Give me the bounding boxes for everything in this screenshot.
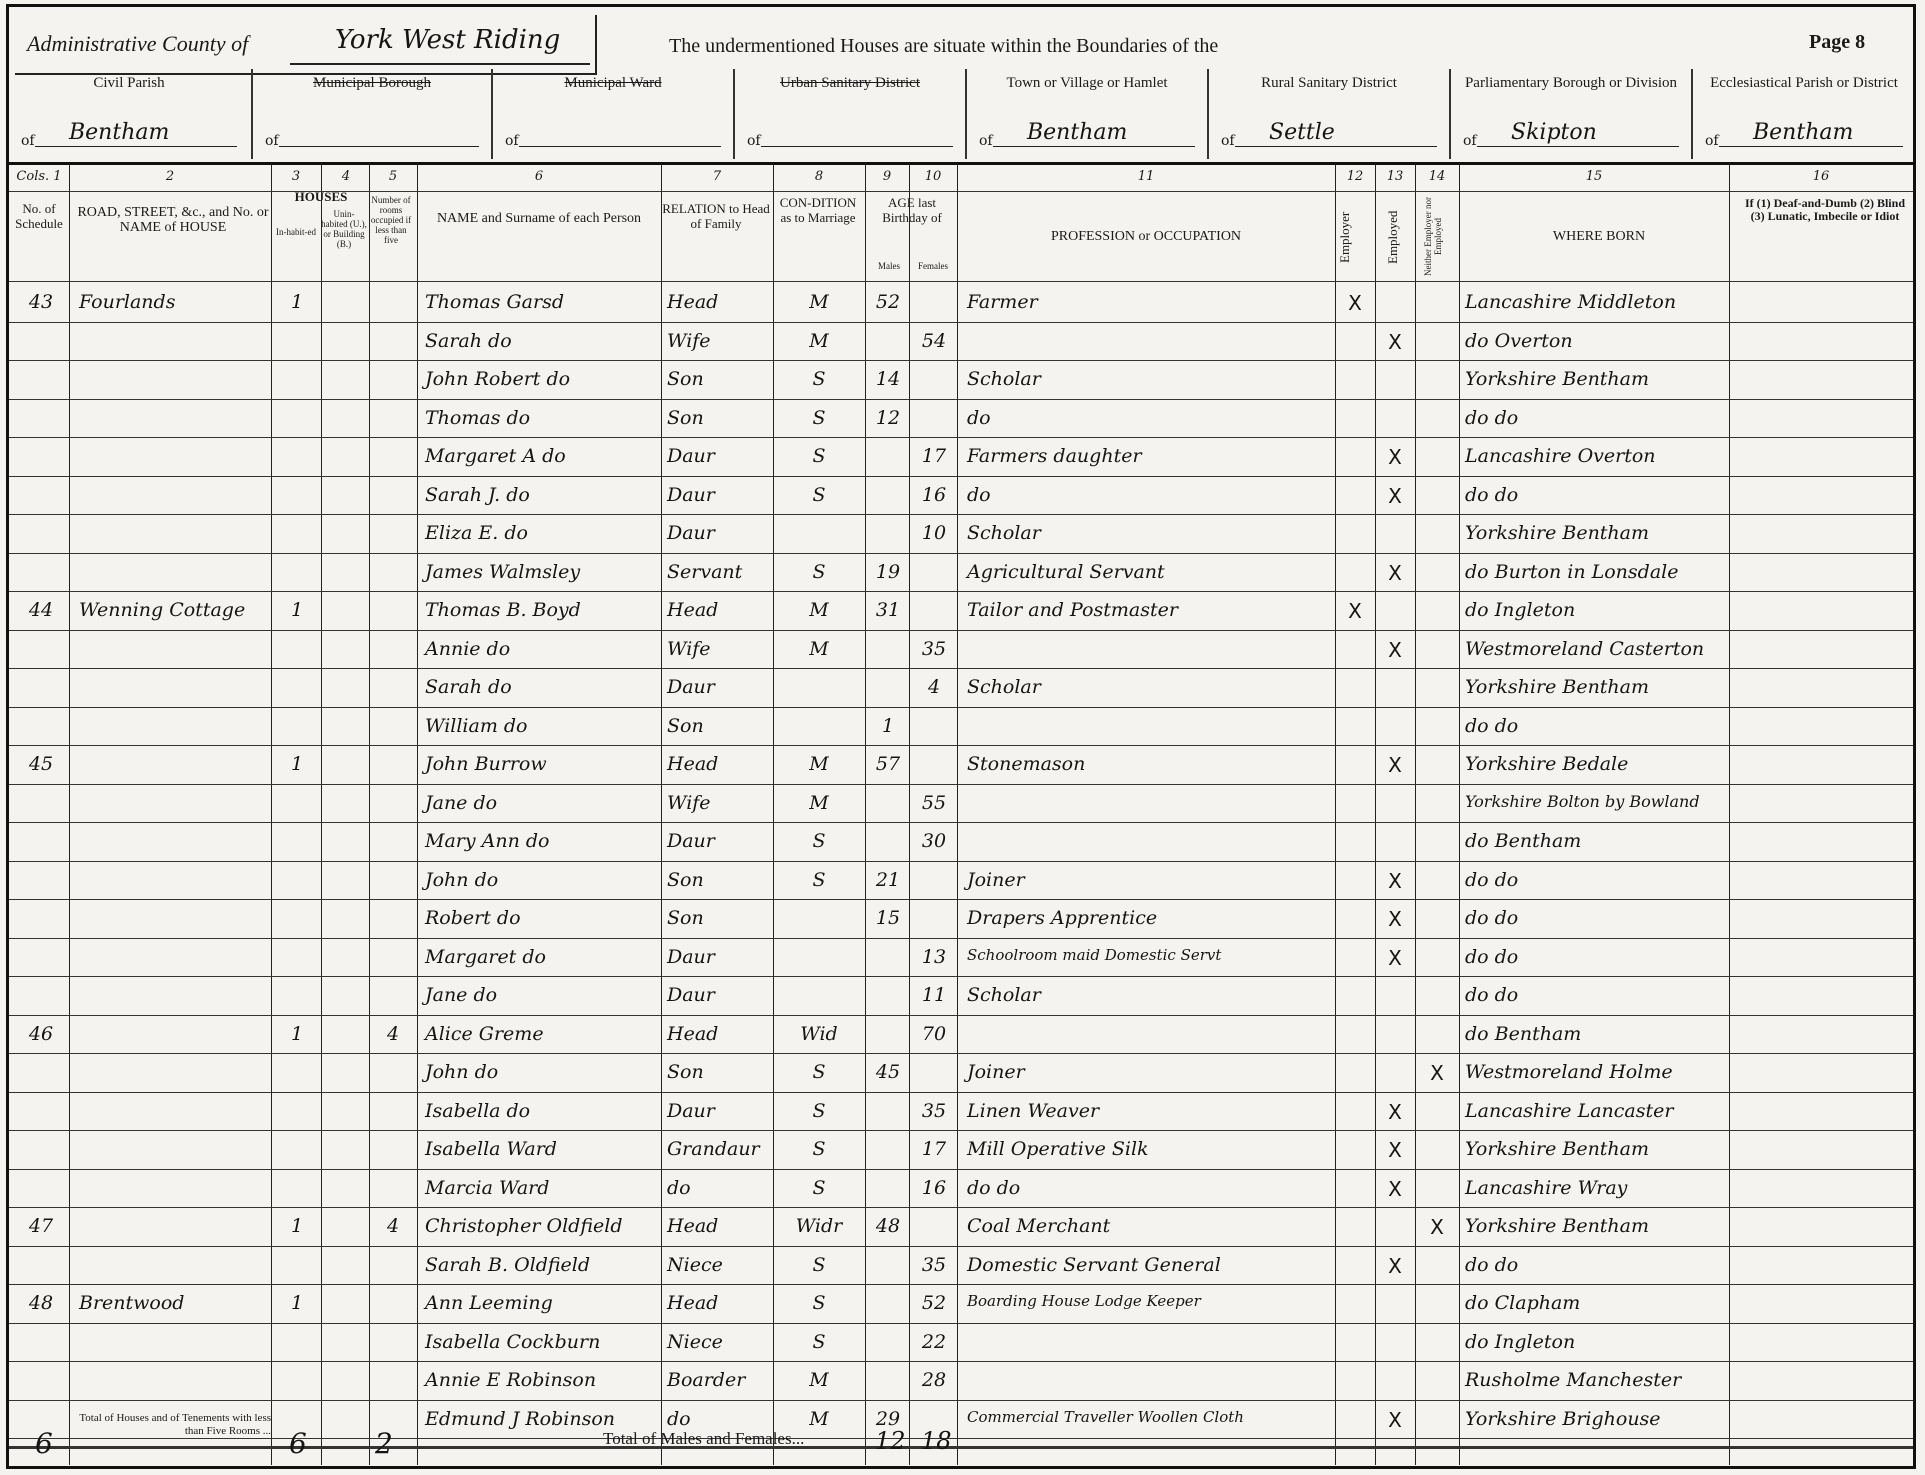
cell-born: do do (1465, 715, 1727, 737)
cell-cond: S (779, 1061, 859, 1083)
district-of: of (21, 133, 35, 149)
fill-line (279, 146, 479, 147)
cell-cond: S (779, 1292, 859, 1314)
cell-occ: Linen Weaver (967, 1100, 1333, 1122)
totals-schedules: 6 (35, 1427, 53, 1460)
cell-female: 4 (913, 676, 955, 698)
cell-cond: S (779, 1254, 859, 1276)
column-number: 8 (775, 169, 863, 184)
cell-female: 70 (913, 1023, 955, 1045)
page-number: Page 8 (1809, 31, 1865, 54)
row-rule (9, 1015, 1913, 1016)
cell-occ: Schoolroom maid Domestic Servt (967, 946, 1333, 964)
cell-born: Lancashire Wray (1465, 1177, 1727, 1199)
district-rural-sanitary: Rural Sanitary District of Settle (1207, 69, 1449, 159)
cell-rel: Son (667, 907, 771, 929)
cell-occ: Coal Merchant (967, 1215, 1333, 1237)
cell-rel: Head (667, 1215, 771, 1237)
cell-cond: M (779, 1408, 859, 1430)
cell-cond: M (779, 330, 859, 352)
fill-line (761, 146, 953, 147)
cell-cond: M (779, 753, 859, 775)
cell-house: Brentwood (79, 1292, 269, 1314)
district-ecclesiastical: Ecclesiastical Parish or District of Ben… (1691, 69, 1915, 159)
cell-occ: Scholar (967, 368, 1333, 390)
row-rule (9, 976, 1913, 977)
cell-name: Sarah B. Oldfield (425, 1254, 661, 1276)
cell-cond: S (779, 368, 859, 390)
row-rule (9, 1284, 1913, 1285)
cell-rooms: 4 (373, 1215, 413, 1237)
cell-rel: Daur (667, 522, 771, 544)
cell-name: James Walmsley (425, 561, 661, 583)
cell-name: Annie E Robinson (425, 1369, 661, 1391)
cell-male: 21 (869, 869, 907, 891)
column-number: Cols. 1 (11, 169, 67, 184)
col-females-header: Females (911, 261, 955, 271)
cell-sched: 43 (15, 291, 67, 313)
cell-male: 19 (869, 561, 907, 583)
cell-rel: Boarder (667, 1369, 771, 1391)
cell-occ: Drapers Apprentice (967, 907, 1333, 929)
col-occupation-header: PROFESSION or OCCUPATION (961, 229, 1331, 244)
cell-rel: Wife (667, 792, 771, 814)
cell-male: 31 (869, 599, 907, 621)
cell-born: Yorkshire Bentham (1465, 1215, 1727, 1237)
cell-house: Fourlands (79, 291, 269, 313)
cell-female: 54 (913, 330, 955, 352)
row-rule (9, 1246, 1913, 1247)
column-number: 3 (273, 169, 319, 184)
cell-occ: Joiner (967, 1061, 1333, 1083)
row-rule (9, 938, 1913, 939)
cell-employed: X (1377, 869, 1413, 893)
cell-cond: M (779, 638, 859, 660)
row-rule (9, 1323, 1913, 1324)
totals-mf-label: Total of Males and Females... (603, 1429, 804, 1449)
cell-sched: 46 (15, 1023, 67, 1045)
cell-rel: Daur (667, 984, 771, 1006)
row-rule (9, 1169, 1913, 1170)
cell-name: Sarah J. do (425, 484, 661, 506)
fill-line (1477, 146, 1679, 147)
cell-inhab: 1 (277, 1215, 317, 1237)
cell-rel: Head (667, 599, 771, 621)
cell-name: Thomas B. Boyd (425, 599, 661, 621)
cell-rel: Head (667, 1023, 771, 1045)
col-males-header: Males (869, 261, 909, 271)
cell-sched: 47 (15, 1215, 67, 1237)
district-label: Parliamentary Borough or Division (1451, 75, 1691, 92)
column-number: 6 (419, 169, 659, 184)
cell-occ: do (967, 484, 1333, 506)
row-rule (9, 1053, 1913, 1054)
cell-occ: Agricultural Servant (967, 561, 1333, 583)
district-label: Urban Sanitary District (735, 75, 965, 92)
district-of: of (265, 133, 279, 149)
cell-rel: Head (667, 291, 771, 313)
cell-name: Isabella Ward (425, 1138, 661, 1160)
cell-cond: S (779, 561, 859, 583)
cell-born: do Overton (1465, 330, 1727, 352)
cell-born: do Ingleton (1465, 599, 1727, 621)
cell-name: Marcia Ward (425, 1177, 661, 1199)
cell-rooms: 4 (373, 1023, 413, 1045)
col-uninhabited-header: Unin-habited (U.), or Building (B.) (321, 209, 367, 249)
cell-female: 16 (913, 1177, 955, 1199)
cell-born: Westmoreland Casterton (1465, 638, 1727, 660)
cell-sched: 48 (15, 1292, 67, 1314)
row-rule (9, 514, 1913, 515)
cell-male: 12 (869, 407, 907, 429)
row-rule (9, 784, 1913, 785)
cell-female: 35 (913, 638, 955, 660)
cell-rel: Servant (667, 561, 771, 583)
fill-line (519, 146, 721, 147)
cell-born: do Bentham (1465, 1023, 1727, 1045)
cell-name: William do (425, 715, 661, 737)
cell-born: Yorkshire Bentham (1465, 522, 1727, 544)
cell-born: do do (1465, 907, 1727, 929)
cell-occ: Farmers daughter (967, 445, 1333, 467)
district-label: Ecclesiastical Parish or District (1693, 75, 1915, 92)
cell-name: John do (425, 1061, 661, 1083)
fill-line (993, 146, 1195, 147)
column-number: 15 (1461, 169, 1727, 184)
column-number: 14 (1417, 169, 1457, 184)
row-rule (9, 1130, 1913, 1131)
cell-inhab: 1 (277, 291, 317, 313)
cell-employed: X (1377, 946, 1413, 970)
cell-name: Isabella do (425, 1100, 661, 1122)
cell-born: Lancashire Middleton (1465, 291, 1727, 313)
cell-sched: 44 (15, 599, 67, 621)
cell-born: do do (1465, 946, 1727, 968)
cell-employed: X (1377, 1408, 1413, 1432)
district-municipal-borough: Municipal Borough of (251, 69, 491, 159)
cell-rel: Son (667, 869, 771, 891)
cell-male: 14 (869, 368, 907, 390)
fill-line (35, 146, 237, 147)
cell-male: 52 (869, 291, 907, 313)
row-rule (9, 399, 1913, 400)
col-name-header: NAME and Surname of each Person (419, 211, 659, 226)
district-label: Town or Village or Hamlet (967, 75, 1207, 92)
cell-male: 1 (869, 715, 907, 737)
cell-born: Yorkshire Brighouse (1465, 1408, 1727, 1430)
cell-female: 17 (913, 445, 955, 467)
county-box: Administrative County of York West Ridin… (15, 15, 597, 75)
row-rule (9, 1207, 1913, 1208)
cell-employed: X (1377, 1100, 1413, 1124)
cell-neither: X (1417, 1215, 1457, 1239)
district-value: Settle (1269, 120, 1335, 145)
column-number: 10 (911, 169, 955, 184)
totals-rooms: 2 (375, 1427, 393, 1460)
district-of: of (1705, 133, 1719, 149)
cell-house: Wenning Cottage (79, 599, 269, 621)
cell-male: 48 (869, 1215, 907, 1237)
county-line (290, 63, 590, 65)
cell-born: Yorkshire Bentham (1465, 368, 1727, 390)
row-rule (9, 668, 1913, 669)
district-value: Bentham (69, 120, 169, 145)
cell-cond: S (779, 830, 859, 852)
column-number: 16 (1731, 169, 1911, 184)
cell-born: Yorkshire Bentham (1465, 1138, 1727, 1160)
cell-cond: M (779, 291, 859, 313)
cell-male: 45 (869, 1061, 907, 1083)
cell-cond: S (779, 445, 859, 467)
cell-employed: X (1377, 330, 1413, 354)
cell-cond: Wid (779, 1023, 859, 1045)
cell-female: 17 (913, 1138, 955, 1160)
cell-born: do Burton in Lonsdale (1465, 561, 1727, 583)
cell-name: Ann Leeming (425, 1292, 661, 1314)
cell-born: do Bentham (1465, 830, 1727, 852)
cell-female: 28 (913, 1369, 955, 1391)
cell-born: do Ingleton (1465, 1331, 1727, 1353)
cell-cond: S (779, 1100, 859, 1122)
cell-cond: M (779, 792, 859, 814)
cell-occ: Scholar (967, 522, 1333, 544)
cell-occ: Commercial Traveller Woollen Cloth (967, 1408, 1333, 1426)
cell-name: Edmund J Robinson (425, 1408, 661, 1430)
cell-occ: Joiner (967, 869, 1333, 891)
cell-employed: X (1377, 561, 1413, 585)
cell-rel: Daur (667, 484, 771, 506)
cell-rel: do (667, 1177, 771, 1199)
cell-male: 57 (869, 753, 907, 775)
header-rule (9, 281, 1913, 282)
cell-cond: S (779, 1138, 859, 1160)
cell-born: Westmoreland Holme (1465, 1061, 1727, 1083)
col-inhabited-header: In-habit-ed (273, 227, 319, 237)
col-employer-header: Employer (1337, 197, 1357, 277)
row-rule (9, 745, 1913, 746)
col-rooms-header: Number of rooms occupied if less than fi… (369, 195, 413, 245)
cell-employed: X (1377, 1177, 1413, 1201)
cell-rel: Head (667, 753, 771, 775)
cell-female: 55 (913, 792, 955, 814)
cell-cond: M (779, 1369, 859, 1391)
header-rule (9, 191, 1913, 192)
cell-rel: Wife (667, 330, 771, 352)
cell-name: Robert do (425, 907, 661, 929)
row-rule (9, 322, 1913, 323)
cell-rel: Son (667, 715, 771, 737)
cell-born: do Clapham (1465, 1292, 1727, 1314)
cell-inhab: 1 (277, 753, 317, 775)
cell-occ: Stonemason (967, 753, 1333, 775)
cell-male: 15 (869, 907, 907, 929)
row-rule (9, 899, 1913, 900)
cell-rel: Daur (667, 1100, 771, 1122)
col-road-header: ROAD, STREET, &c., and No. or NAME of HO… (73, 205, 273, 235)
census-table: No. of Schedule ROAD, STREET, &c., and N… (9, 165, 1913, 1465)
census-page: Administrative County of York West Ridin… (6, 4, 1916, 1469)
cell-female: 13 (913, 946, 955, 968)
cell-rel: Wife (667, 638, 771, 660)
cell-name: Mary Ann do (425, 830, 661, 852)
cell-cond: S (779, 1177, 859, 1199)
cell-rel: Daur (667, 946, 771, 968)
row-rule (9, 707, 1913, 708)
column-number: 2 (71, 169, 269, 184)
cell-born: do do (1465, 984, 1727, 1006)
cell-occ: Scholar (967, 676, 1333, 698)
cell-cond: Widr (779, 1215, 859, 1237)
cell-sched: 45 (15, 753, 67, 775)
district-civil-parish: Civil Parish of Bentham (9, 69, 249, 159)
cell-cond: S (779, 484, 859, 506)
cell-female: 30 (913, 830, 955, 852)
cell-name: Eliza E. do (425, 522, 661, 544)
cell-name: John Robert do (425, 368, 661, 390)
cell-occ: Farmer (967, 291, 1333, 313)
cell-rel: Daur (667, 676, 771, 698)
cell-occ: Scholar (967, 984, 1333, 1006)
totals-inhabited: 6 (289, 1427, 307, 1460)
column-number: 7 (663, 169, 771, 184)
cell-name: Sarah do (425, 330, 661, 352)
cell-employed: X (1377, 484, 1413, 508)
col-schedule-header: No. of Schedule (11, 201, 67, 231)
cell-cond: M (779, 599, 859, 621)
cell-name: Sarah do (425, 676, 661, 698)
cell-name: John do (425, 869, 661, 891)
district-parliamentary: Parliamentary Borough or Division of Ski… (1449, 69, 1691, 159)
row-rule (9, 1361, 1913, 1362)
district-label: Rural Sanitary District (1209, 75, 1449, 92)
cell-female: 35 (913, 1254, 955, 1276)
district-municipal-ward: Municipal Ward of (491, 69, 733, 159)
cell-rel: Daur (667, 830, 771, 852)
cell-rel: Daur (667, 445, 771, 467)
cell-born: Yorkshire Bentham (1465, 676, 1727, 698)
fill-line (1719, 146, 1903, 147)
cell-born: Rusholme Manchester (1465, 1369, 1727, 1391)
totals-males: 12 (875, 1427, 906, 1455)
row-rule (9, 437, 1913, 438)
district-of: of (1221, 133, 1235, 149)
column-number: 5 (371, 169, 415, 184)
col-age-header: AGE last Birthday of (867, 195, 957, 225)
cell-name: Jane do (425, 984, 661, 1006)
district-value: Bentham (1753, 120, 1853, 145)
cell-name: Annie do (425, 638, 661, 660)
cell-female: 35 (913, 1100, 955, 1122)
column-number: 9 (867, 169, 907, 184)
column-number: 11 (959, 169, 1333, 184)
row-rule (9, 822, 1913, 823)
column-number: 4 (323, 169, 369, 184)
cell-rel: Son (667, 407, 771, 429)
col-relation-header: RELATION to Head of Family (661, 201, 771, 231)
cell-female: 52 (913, 1292, 955, 1314)
cell-born: do do (1465, 869, 1727, 891)
cell-cond: S (779, 1331, 859, 1353)
county-value: York West Riding (335, 25, 560, 55)
cell-rel: Son (667, 1061, 771, 1083)
cell-born: Yorkshire Bedale (1465, 753, 1727, 775)
district-of: of (1463, 133, 1477, 149)
district-value: Bentham (1027, 120, 1127, 145)
cell-rel: do (667, 1408, 771, 1430)
cell-name: Thomas Garsd (425, 291, 661, 313)
district-label: Civil Parish (9, 75, 249, 92)
cell-employed: X (1377, 1138, 1413, 1162)
district-of: of (747, 133, 761, 149)
totals-houses-label: Total of Houses and of Tenements with le… (75, 1412, 271, 1438)
row-rule (9, 861, 1913, 862)
totals-females: 18 (921, 1427, 952, 1455)
cell-rel: Grandaur (667, 1138, 771, 1160)
col-infirmity-header: If (1) Deaf-and-Dumb (2) Blind (3) Lunat… (1737, 197, 1913, 223)
cell-occ: do (967, 407, 1333, 429)
cell-female: 22 (913, 1331, 955, 1353)
cell-female: 11 (913, 984, 955, 1006)
cell-inhab: 1 (277, 1023, 317, 1045)
cell-born: do do (1465, 1254, 1727, 1276)
cell-born: Lancashire Overton (1465, 445, 1727, 467)
district-label: Municipal Borough (253, 75, 491, 92)
district-town-village: Town or Village or Hamlet of Bentham (965, 69, 1207, 159)
district-label: Municipal Ward (493, 75, 733, 92)
cell-female: 16 (913, 484, 955, 506)
cell-employed: X (1377, 907, 1413, 931)
cell-rel: Niece (667, 1331, 771, 1353)
cell-employed: X (1377, 638, 1413, 662)
cell-born: Lancashire Lancaster (1465, 1100, 1727, 1122)
cell-rel: Niece (667, 1254, 771, 1276)
col-born-header: WHERE BORN (1469, 229, 1729, 244)
cell-born: Yorkshire Bolton by Bowland (1465, 792, 1727, 811)
boundaries-text: The undermentioned Houses are situate wi… (669, 35, 1218, 58)
col-employed-header: Employed (1385, 197, 1405, 277)
cell-employer: X (1337, 291, 1373, 315)
cell-name: Christopher Oldfield (425, 1215, 661, 1237)
cell-rel: Son (667, 368, 771, 390)
cell-name: Isabella Cockburn (425, 1331, 661, 1353)
district-of: of (979, 133, 993, 149)
column-number: 13 (1377, 169, 1413, 184)
row-rule (9, 630, 1913, 631)
cell-employed: X (1377, 445, 1413, 469)
cell-name: Thomas do (425, 407, 661, 429)
cell-occ: Mill Operative Silk (967, 1138, 1333, 1160)
cell-inhab: 1 (277, 1292, 317, 1314)
fill-line (1235, 146, 1437, 147)
row-rule (9, 591, 1913, 592)
cell-born: do do (1465, 407, 1727, 429)
row-rule (9, 1092, 1913, 1093)
cell-female: 10 (913, 522, 955, 544)
district-of: of (505, 133, 519, 149)
row-rule (9, 360, 1913, 361)
cell-name: Margaret do (425, 946, 661, 968)
cell-employed: X (1377, 753, 1413, 777)
cell-neither: X (1417, 1061, 1457, 1085)
cell-born: do do (1465, 484, 1727, 506)
col-condition-header: CON-DITION as to Marriage (775, 195, 861, 225)
cell-occ: Boarding House Lodge Keeper (967, 1292, 1333, 1310)
col-neither-header: Neither Employer nor Employed (1423, 197, 1453, 277)
row-rule (9, 553, 1913, 554)
column-number: 12 (1337, 169, 1373, 184)
header-band: Administrative County of York West Ridin… (9, 7, 1913, 165)
cell-name: Margaret A do (425, 445, 661, 467)
